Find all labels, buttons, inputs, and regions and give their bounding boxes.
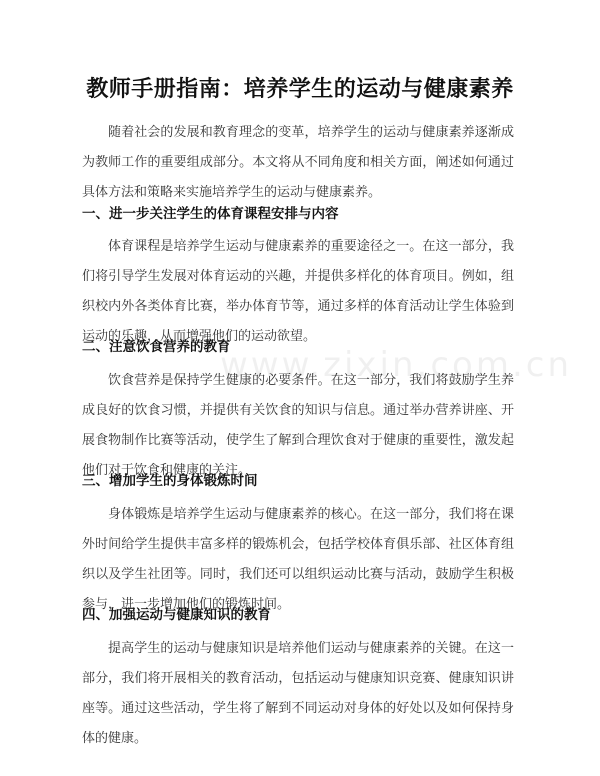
section-paragraph: 身体锻炼是培养学生运动与健康素养的核心。在这一部分，我们将在课外时间给学生提供丰… [82,500,514,620]
section-paragraph: 提高学生的运动与健康知识是培养他们运动与健康素养的关键。在这一部分，我们将开展相… [82,634,514,754]
section-2-body: 饮食营养是保持学生健康的必要条件。在这一部分，我们将鼓励学生养成良好的饮食习惯，… [82,366,514,486]
section-4-body: 提高学生的运动与健康知识是培养他们运动与健康素养的关键。在这一部分，我们将开展相… [82,634,514,754]
intro-paragraph: 随着社会的发展和教育理念的变革，培养学生的运动与健康素养逐渐成为教师工作的重要组… [82,118,514,208]
section-1: 一、进一步关注学生的体育课程安排与内容 [82,204,514,224]
section-heading: 二、注意饮食营养的教育 [82,337,514,357]
section-2: 二、注意饮食营养的教育 [82,337,514,357]
section-paragraph: 饮食营养是保持学生健康的必要条件。在这一部分，我们将鼓励学生养成良好的饮食习惯，… [82,366,514,486]
section-heading: 一、进一步关注学生的体育课程安排与内容 [82,204,514,224]
section-1-body: 体育课程是培养学生运动与健康素养的重要途径之一。在这一部分，我们将引导学生发展对… [82,232,514,352]
section-heading: 四、加强运动与健康知识的教育 [82,605,514,625]
section-4: 四、加强运动与健康知识的教育 [82,605,514,625]
section-heading: 三、增加学生的身体锻炼时间 [82,471,514,491]
intro-block: 随着社会的发展和教育理念的变革，培养学生的运动与健康素养逐渐成为教师工作的重要组… [82,118,514,208]
document-title: 教师手册指南：培养学生的运动与健康素养 [0,72,600,103]
section-paragraph: 体育课程是培养学生运动与健康素养的重要途径之一。在这一部分，我们将引导学生发展对… [82,232,514,352]
section-3-body: 身体锻炼是培养学生运动与健康素养的核心。在这一部分，我们将在课外时间给学生提供丰… [82,500,514,620]
section-3: 三、增加学生的身体锻炼时间 [82,471,514,491]
